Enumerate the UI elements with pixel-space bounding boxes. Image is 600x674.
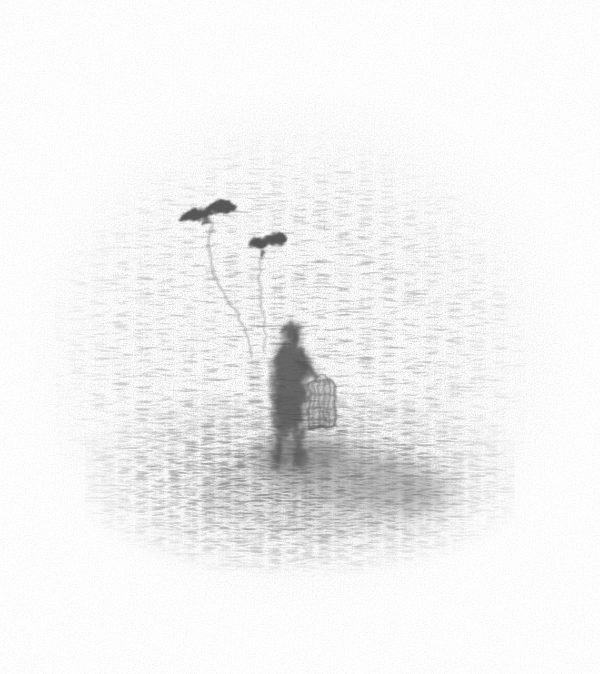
figure-head: [284, 322, 301, 343]
pencil-artwork: [0, 0, 600, 674]
artwork-canvas: [0, 0, 600, 674]
birdcage: [307, 375, 337, 428]
figure-body: [272, 342, 308, 434]
